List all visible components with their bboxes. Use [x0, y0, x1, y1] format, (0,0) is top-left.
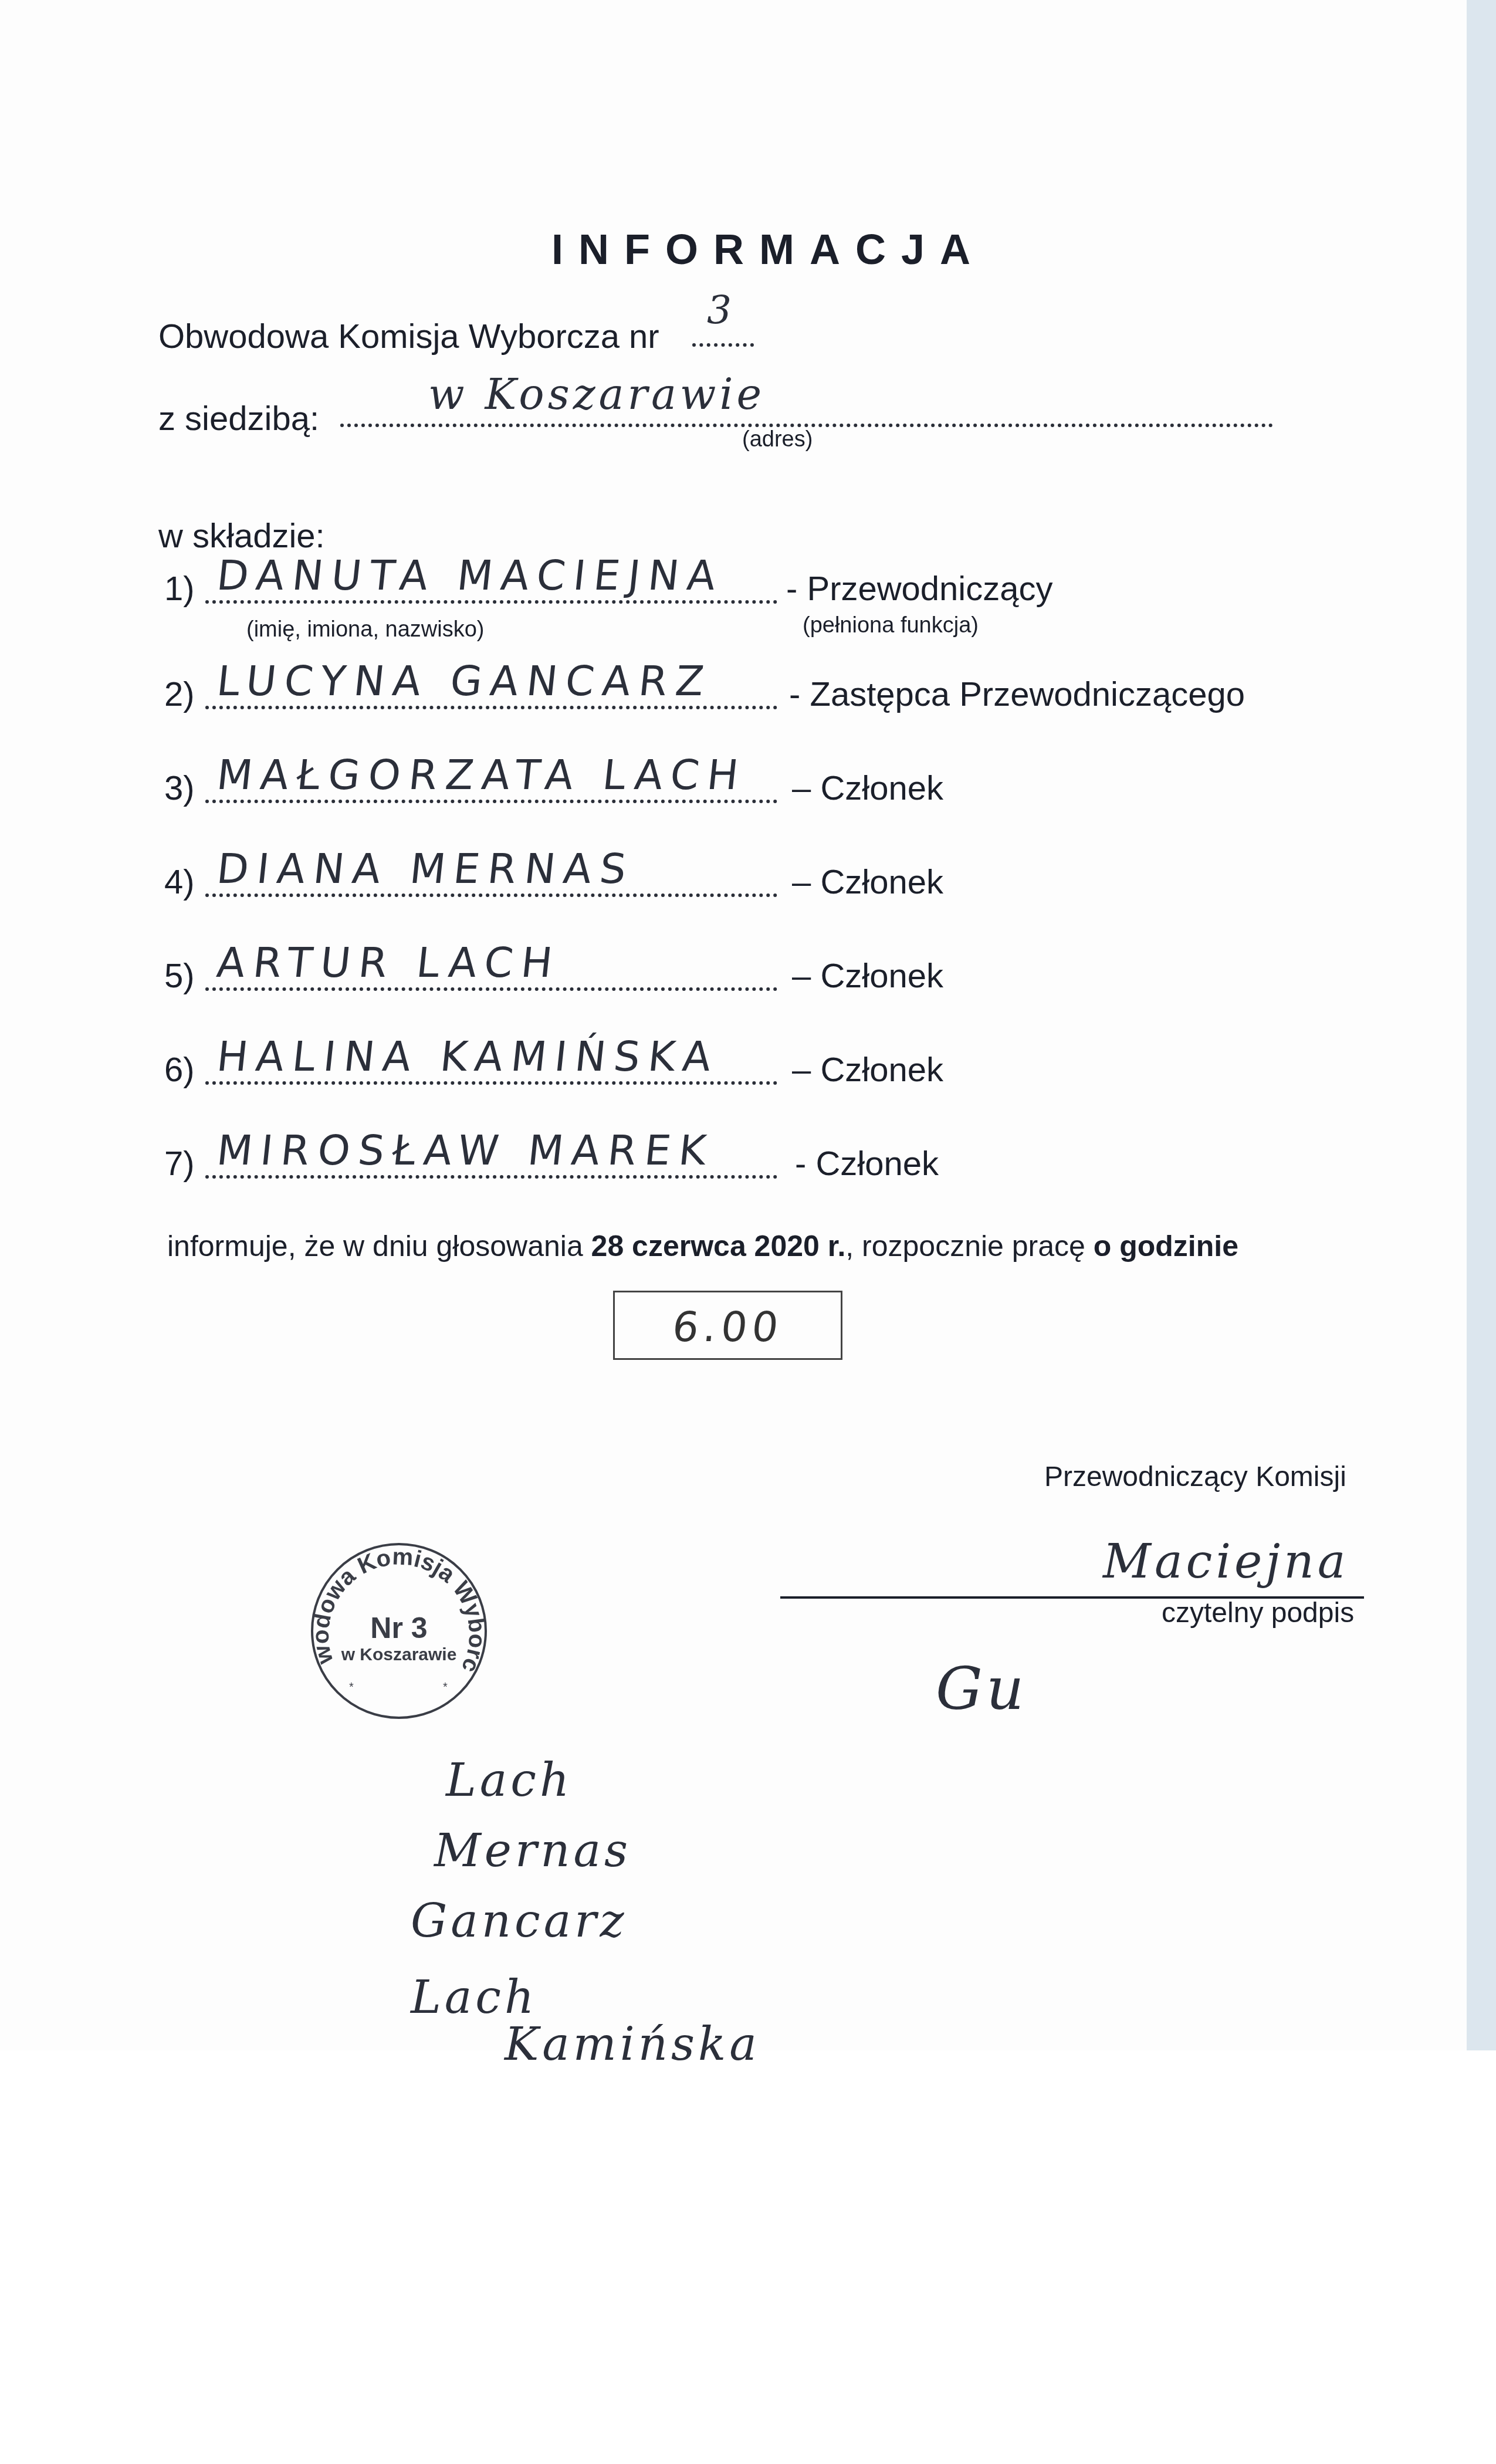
statement-part1: informuje, że w dniu głosowania — [167, 1230, 591, 1263]
role-separator: – — [792, 957, 811, 995]
composition-label: w składzie: — [158, 516, 325, 556]
member-name-dots — [205, 893, 777, 897]
commission-label: Obwodowa Komisja Wyborcza nr — [158, 317, 659, 356]
member-number: 5) — [164, 956, 195, 996]
role-label: Członek — [815, 1145, 939, 1183]
member-role: - Członek — [795, 1144, 939, 1183]
member-role: - Zastępca Przewodniczącego — [789, 675, 1245, 714]
signature-caption: czytelny podpis — [1162, 1597, 1354, 1629]
member-name-dots — [205, 800, 777, 803]
member-number: 2) — [164, 675, 195, 714]
member-name-handwritten: DANUTA MACIEJNA — [215, 551, 726, 600]
role-label: Członek — [820, 863, 943, 901]
member-number: 6) — [164, 1050, 195, 1089]
role-separator: – — [792, 769, 811, 807]
member-signature: Gancarz — [411, 1895, 628, 1948]
member-role: – Członek — [792, 956, 943, 996]
member-number: 7) — [164, 1144, 195, 1183]
member-name-dots — [205, 987, 777, 991]
official-stamp: Obwodowa Komisja Wyborcza Nr 3 w Koszara… — [305, 1537, 493, 1725]
svg-text:*: * — [443, 1681, 448, 1694]
seat-caption: (adres) — [742, 427, 813, 452]
chair-label: Przewodniczący Komisji — [1044, 1461, 1346, 1493]
role-label: Zastępca Przewodniczącego — [810, 675, 1245, 713]
secondary-signature: Gu — [936, 1654, 1027, 1723]
name-caption: (imię, imiona, nazwisko) — [246, 617, 484, 642]
member-number: 4) — [164, 862, 195, 902]
seat-handwritten: w Koszarawie — [428, 370, 765, 419]
role-separator: - — [789, 675, 800, 713]
page-title: INFORMACJA — [551, 226, 986, 274]
member-signature: Lach — [411, 1971, 537, 2024]
function-caption: (pełniona funkcja) — [803, 613, 979, 638]
stamp-icon: Obwodowa Komisja Wyborcza Nr 3 w Koszara… — [305, 1537, 493, 1725]
member-name-handwritten: HALINA KAMIŃSKA — [215, 1033, 722, 1081]
statement-time-label: o godzinie — [1094, 1230, 1238, 1263]
member-name-handwritten: LUCYNA GANCARZ — [215, 657, 715, 705]
role-label: Członek — [820, 957, 943, 995]
member-signature: Mernas — [434, 1825, 631, 1877]
member-name-dots — [205, 1081, 777, 1085]
commission-number-handwritten: 3 — [707, 287, 735, 333]
member-name-dots — [205, 600, 777, 604]
role-label: Członek — [820, 1051, 943, 1089]
statement-date: 28 czerwca 2020 r. — [591, 1230, 846, 1263]
svg-text:Nr 3: Nr 3 — [370, 1612, 427, 1644]
member-signature: Lach — [446, 1754, 573, 1807]
role-label: Przewodniczący — [807, 570, 1052, 608]
start-time-handwritten: 6.00 — [612, 1303, 844, 1351]
member-name-dots — [205, 706, 777, 709]
start-time-box: 6.00 — [613, 1291, 842, 1360]
statement: informuje, że w dniu głosowania 28 czerw… — [167, 1229, 1238, 1263]
member-role: – Członek — [792, 769, 943, 808]
svg-text:*: * — [349, 1681, 354, 1694]
member-name-handwritten: ARTUR LACH — [215, 939, 563, 987]
chair-signature: Maciejna — [1103, 1534, 1349, 1589]
member-name-handwritten: DIANA MERNAS — [215, 845, 637, 893]
member-number: 3) — [164, 769, 195, 808]
role-label: Członek — [820, 769, 943, 807]
member-name-handwritten: MAŁGORZATA LACH — [215, 751, 749, 799]
role-separator: – — [792, 1051, 811, 1089]
seat-label: z siedzibą: — [158, 399, 319, 438]
member-name-handwritten: MIROSŁAW MAREK — [215, 1126, 717, 1175]
commission-number-dots — [692, 343, 754, 347]
svg-text:w Koszarawie: w Koszarawie — [341, 1645, 457, 1664]
role-separator: – — [792, 863, 811, 901]
member-role: - Przewodniczący — [786, 569, 1053, 608]
member-name-dots — [205, 1175, 777, 1179]
member-role: – Członek — [792, 1050, 943, 1089]
member-role: – Członek — [792, 862, 943, 902]
member-number: 1) — [164, 569, 195, 608]
statement-part2: , rozpocznie pracę — [845, 1230, 1093, 1263]
role-separator: - — [786, 570, 797, 608]
role-separator: - — [795, 1145, 806, 1183]
scanner-edge — [1467, 0, 1496, 2050]
member-signature: Kamińska — [505, 2018, 760, 2071]
